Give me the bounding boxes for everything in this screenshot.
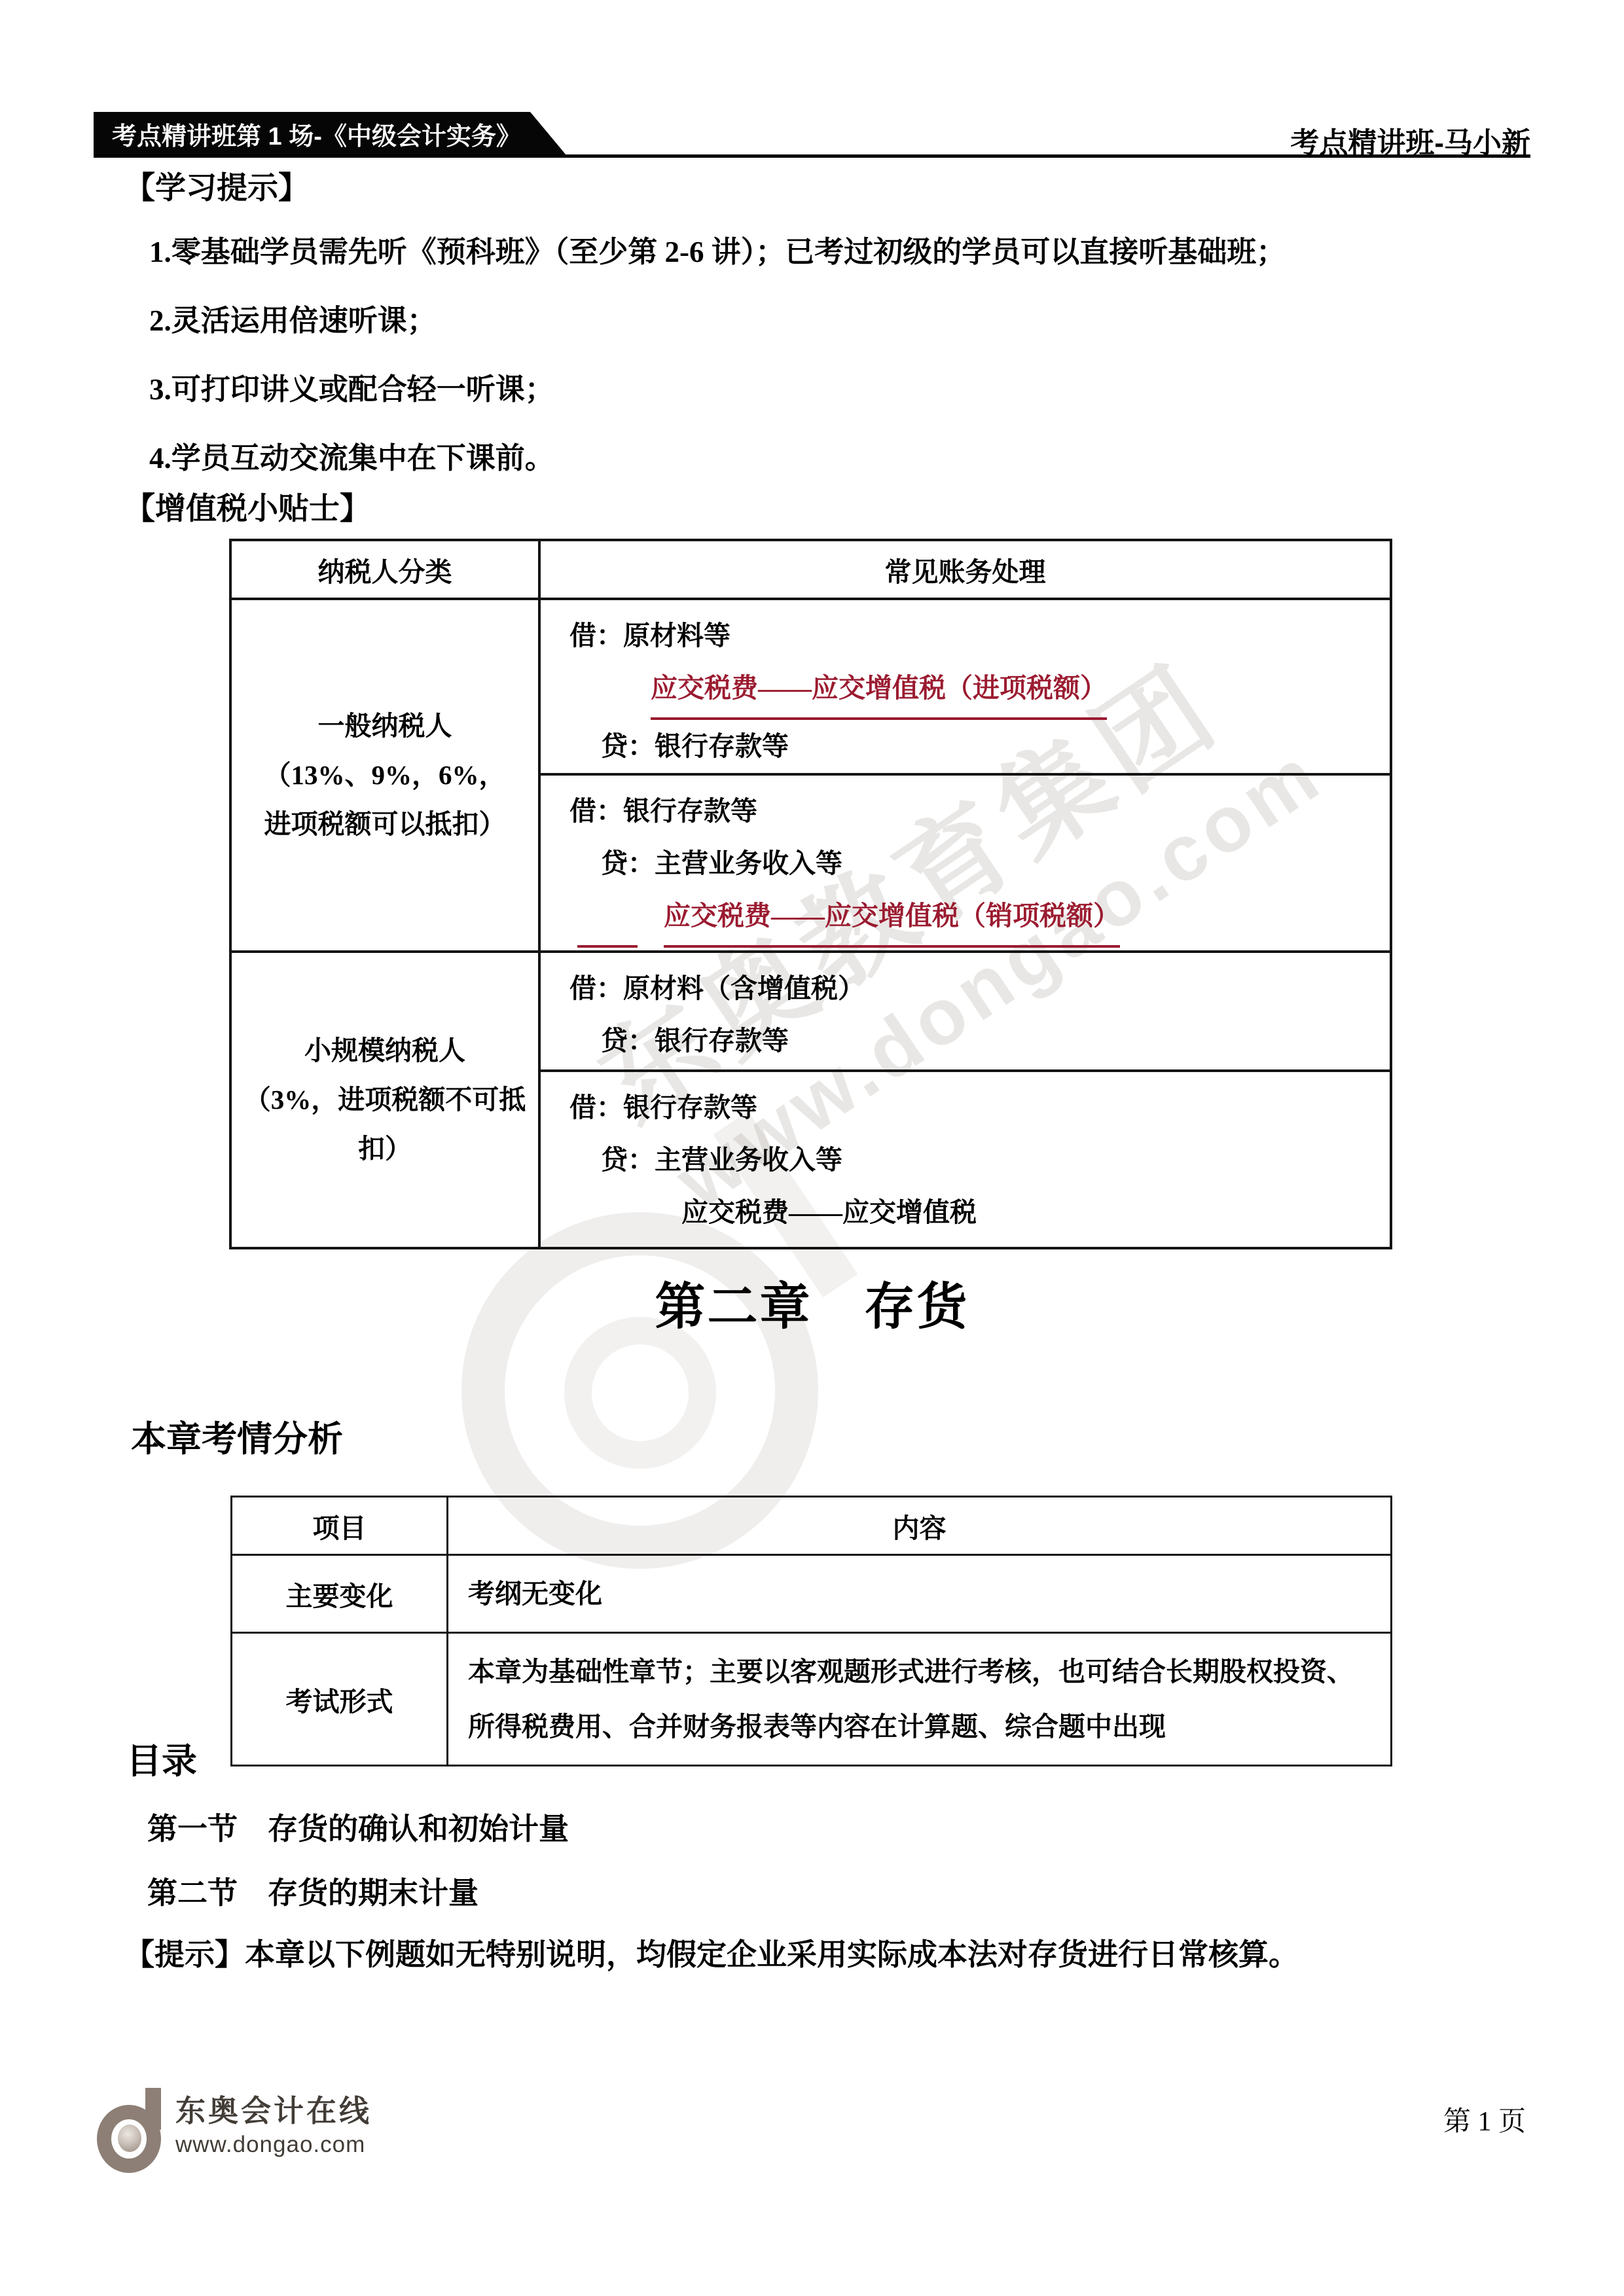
analysis-col-header-item: 项目 <box>232 1497 448 1555</box>
small-scale-taxpayer-name: 小规模纳税人 <box>232 1026 537 1075</box>
analysis-header-row: 项目 内容 <box>232 1497 1392 1555</box>
study-tip-item-4: 4.学员互动交流集中在下课前。 <box>149 434 554 476</box>
general-taxpayer-cell: 一般纳税人 （13%、9%，6%， 进项税额可以抵扣） <box>230 599 539 952</box>
exam-analysis-heading: 本章考情分析 <box>131 1411 343 1462</box>
credit-line: 贷：银行存款等 <box>541 1014 1383 1067</box>
vat-row-general-purchase: 一般纳税人 （13%、9%，6%， 进项税额可以抵扣） 借：原材料等 应交税费—… <box>230 599 1391 774</box>
page-number: 第 1 页 <box>1443 2100 1526 2139</box>
document-page: 东奥教育集团 www.dongao.com 考点精讲班第 1 场-《中级会计实务… <box>0 0 1624 2296</box>
vat-tips-heading: 【增值税小贴士】 <box>124 484 370 528</box>
vat-tax-line: 应交税费——应交增值税 <box>541 1186 1383 1238</box>
credit-line: 贷：主营业务收入等 <box>541 1134 1383 1186</box>
row-content-cell: 本章为基础性章节；主要以客观题形式进行考核，也可结合长期股权投资、所得税费用、合… <box>448 1633 1392 1766</box>
output-tax-text: 应交税费——应交增值税（销项税额） <box>664 889 1120 948</box>
general-taxpayer-name: 一般纳税人 <box>232 702 537 751</box>
toc-section-item-1: 第一节 存货的确认和初始计量 <box>147 1805 569 1848</box>
footer-brand-website: www.dongao.com <box>175 2132 372 2158</box>
debit-line: 借：银行存款等 <box>541 785 1383 837</box>
general-purchase-entry-cell: 借：原材料等 应交税费——应交增值税（进项税额） 贷：银行存款等 <box>539 599 1391 774</box>
toc-heading: 目录 <box>126 1733 197 1784</box>
footer-brand-name: 东奥会计在线 <box>175 2094 372 2128</box>
vat-col-header-treatment: 常见账务处理 <box>539 540 1391 599</box>
dongao-logo-icon <box>97 2088 165 2174</box>
general-sale-entry-cell: 借：银行存款等 贷：主营业务收入等 应交税费——应交增值税（销项税额） <box>539 774 1391 952</box>
exam-analysis-table: 项目 内容 主要变化 考纲无变化 考试形式 本章为基础性章节；主要以客观题形式进… <box>230 1496 1392 1767</box>
small-scale-sale-entry-cell: 借：银行存款等 贷：主营业务收入等 应交税费——应交增值税 <box>539 1071 1391 1248</box>
table-row: 考试形式 本章为基础性章节；主要以客观题形式进行考核，也可结合长期股权投资、所得… <box>232 1633 1392 1766</box>
small-scale-taxpayer-cell: 小规模纳税人 （3%，进项税额不可抵扣） <box>230 952 539 1248</box>
debit-line: 借：银行存款等 <box>541 1081 1383 1134</box>
input-tax-line: 应交税费——应交增值税（进项税额） <box>541 662 1383 720</box>
credit-line: 贷：主营业务收入等 <box>541 837 1383 889</box>
logo-core-shape <box>118 2125 141 2152</box>
vat-table: 纳税人分类 常见账务处理 一般纳税人 （13%、9%，6%， 进项税额可以抵扣）… <box>229 539 1392 1249</box>
credit-line: 贷：银行存款等 <box>541 720 1383 772</box>
toc-section-item-2: 第二节 存货的期末计量 <box>147 1869 478 1912</box>
small-scale-taxpayer-rate-note: （3%，进项税额不可抵扣） <box>232 1075 537 1174</box>
blank-underline <box>577 911 638 948</box>
footer-brand-text: 东奥会计在线 www.dongao.com <box>175 2088 372 2176</box>
watermark-logo-inner-ring-icon <box>564 1317 716 1469</box>
row-item-cell: 主要变化 <box>232 1555 448 1633</box>
input-tax-text: 应交税费——应交增值税（进项税额） <box>651 662 1107 720</box>
study-tip-item-2: 2.灵活运用倍速听课； <box>149 296 437 339</box>
output-tax-line: 应交税费——应交增值税（销项税额） <box>541 889 1383 948</box>
chapter-title: 第二章 存货 <box>0 1266 1624 1339</box>
general-taxpayer-rate-note-line1: （13%、9%，6%， <box>232 751 537 800</box>
header-divider <box>94 154 1530 158</box>
row-item-cell: 考试形式 <box>232 1633 448 1766</box>
header-course-title: 考点精讲班第 1 场-《中级会计实务》 <box>112 116 521 152</box>
study-tips-heading: 【学习提示】 <box>124 164 309 207</box>
debit-line: 借：原材料等 <box>541 609 1383 662</box>
vat-table-header-row: 纳税人分类 常见账务处理 <box>230 540 1391 599</box>
analysis-col-header-content: 内容 <box>448 1497 1392 1555</box>
footer-brand-block: 东奥会计在线 www.dongao.com <box>97 2088 555 2176</box>
study-tip-item-1: 1.零基础学员需先听《预科班》（至少第 2-6 讲）；已考过初级的学员可以直接听… <box>149 228 1286 270</box>
toc-note: 【提示】本章以下例题如无特别说明，均假定企业采用实际成本法对存货进行日常核算。 <box>124 1931 1299 1974</box>
table-row: 主要变化 考纲无变化 <box>232 1555 1392 1633</box>
header-course-banner: 考点精讲班第 1 场-《中级会计实务》 <box>94 112 566 155</box>
vat-row-small-purchase: 小规模纳税人 （3%，进项税额不可抵扣） 借：原材料（含增值税） 贷：银行存款等 <box>230 952 1391 1071</box>
small-scale-purchase-entry-cell: 借：原材料（含增值税） 贷：银行存款等 <box>539 952 1391 1071</box>
general-taxpayer-rate-note-line2: 进项税额可以抵扣） <box>232 800 537 849</box>
vat-col-header-classification: 纳税人分类 <box>230 540 539 599</box>
study-tip-item-3: 3.可打印讲义或配合轻一听课； <box>149 365 554 408</box>
row-content-cell: 考纲无变化 <box>448 1555 1392 1633</box>
debit-line: 借：原材料（含增值税） <box>541 962 1383 1014</box>
